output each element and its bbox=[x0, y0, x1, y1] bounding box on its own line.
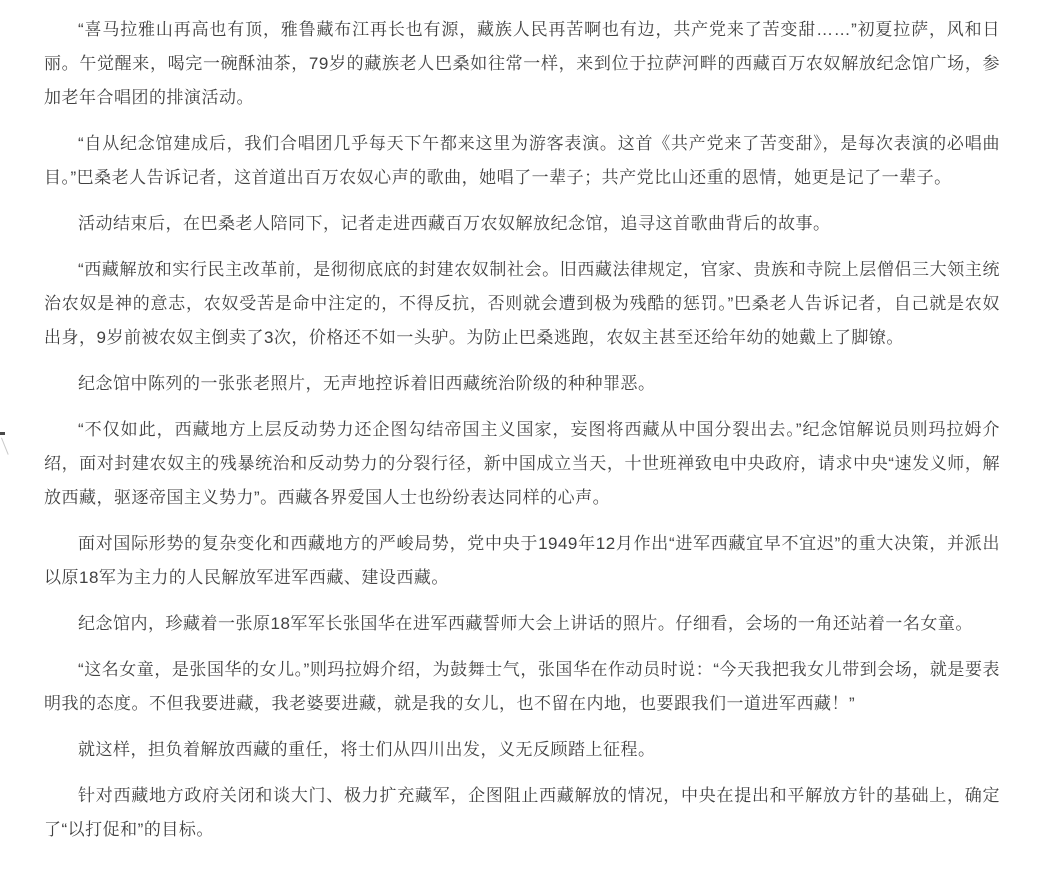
article-paragraph: 纪念馆中陈列的一张张老照片，无声地控诉着旧西藏统治阶级的种种罪恶。 bbox=[44, 367, 1000, 401]
article-paragraph: “西藏解放和实行民主改革前，是彻彻底底的封建农奴制社会。旧西藏法律规定，官家、贵… bbox=[44, 253, 1000, 355]
article-paragraph: 纪念馆内，珍藏着一张原18军军长张国华在进军西藏誓师大会上讲话的照片。仔细看，会… bbox=[44, 607, 1000, 641]
article-paragraph: 面对国际形势的复杂变化和西藏地方的严峻局势，党中央于1949年12月作出“进军西… bbox=[44, 527, 1000, 595]
article-paragraph: “这名女童，是张国华的女儿。”则玛拉姆介绍，为鼓舞士气，张国华在作动员时说：“今… bbox=[44, 653, 1000, 721]
article-paragraph: “不仅如此，西藏地方上层反动势力还企图勾结帝国主义国家，妄图将西藏从中国分裂出去… bbox=[44, 413, 1000, 515]
article-paragraph: “喜马拉雅山再高也有顶，雅鲁藏布江再长也有源，藏族人民再苦啊也有边，共产党来了苦… bbox=[44, 13, 1000, 115]
article-paragraph: 活动结束后，在巴桑老人陪同下，记者走进西藏百万农奴解放纪念馆，追寻这首歌曲背后的… bbox=[44, 207, 1000, 241]
left-edge-clipped-mark bbox=[0, 432, 5, 435]
article-paragraph: 针对西藏地方政府关闭和谈大门、极力扩充藏军，企图阻止西藏解放的情况，中央在提出和… bbox=[44, 779, 1000, 847]
article-paragraph: “自从纪念馆建成后，我们合唱团几乎每天下午都来这里为游客表演。这首《共产党来了苦… bbox=[44, 127, 1000, 195]
article-paragraph: 就这样，担负着解放西藏的重任，将士们从四川出发，义无反顾踏上征程。 bbox=[44, 733, 1000, 767]
article-page: { "page": { "background_color": "#ffffff… bbox=[0, 0, 1041, 871]
article-body: “喜马拉雅山再高也有顶，雅鲁藏布江再长也有源，藏族人民再苦啊也有边，共产党来了苦… bbox=[0, 0, 1041, 847]
